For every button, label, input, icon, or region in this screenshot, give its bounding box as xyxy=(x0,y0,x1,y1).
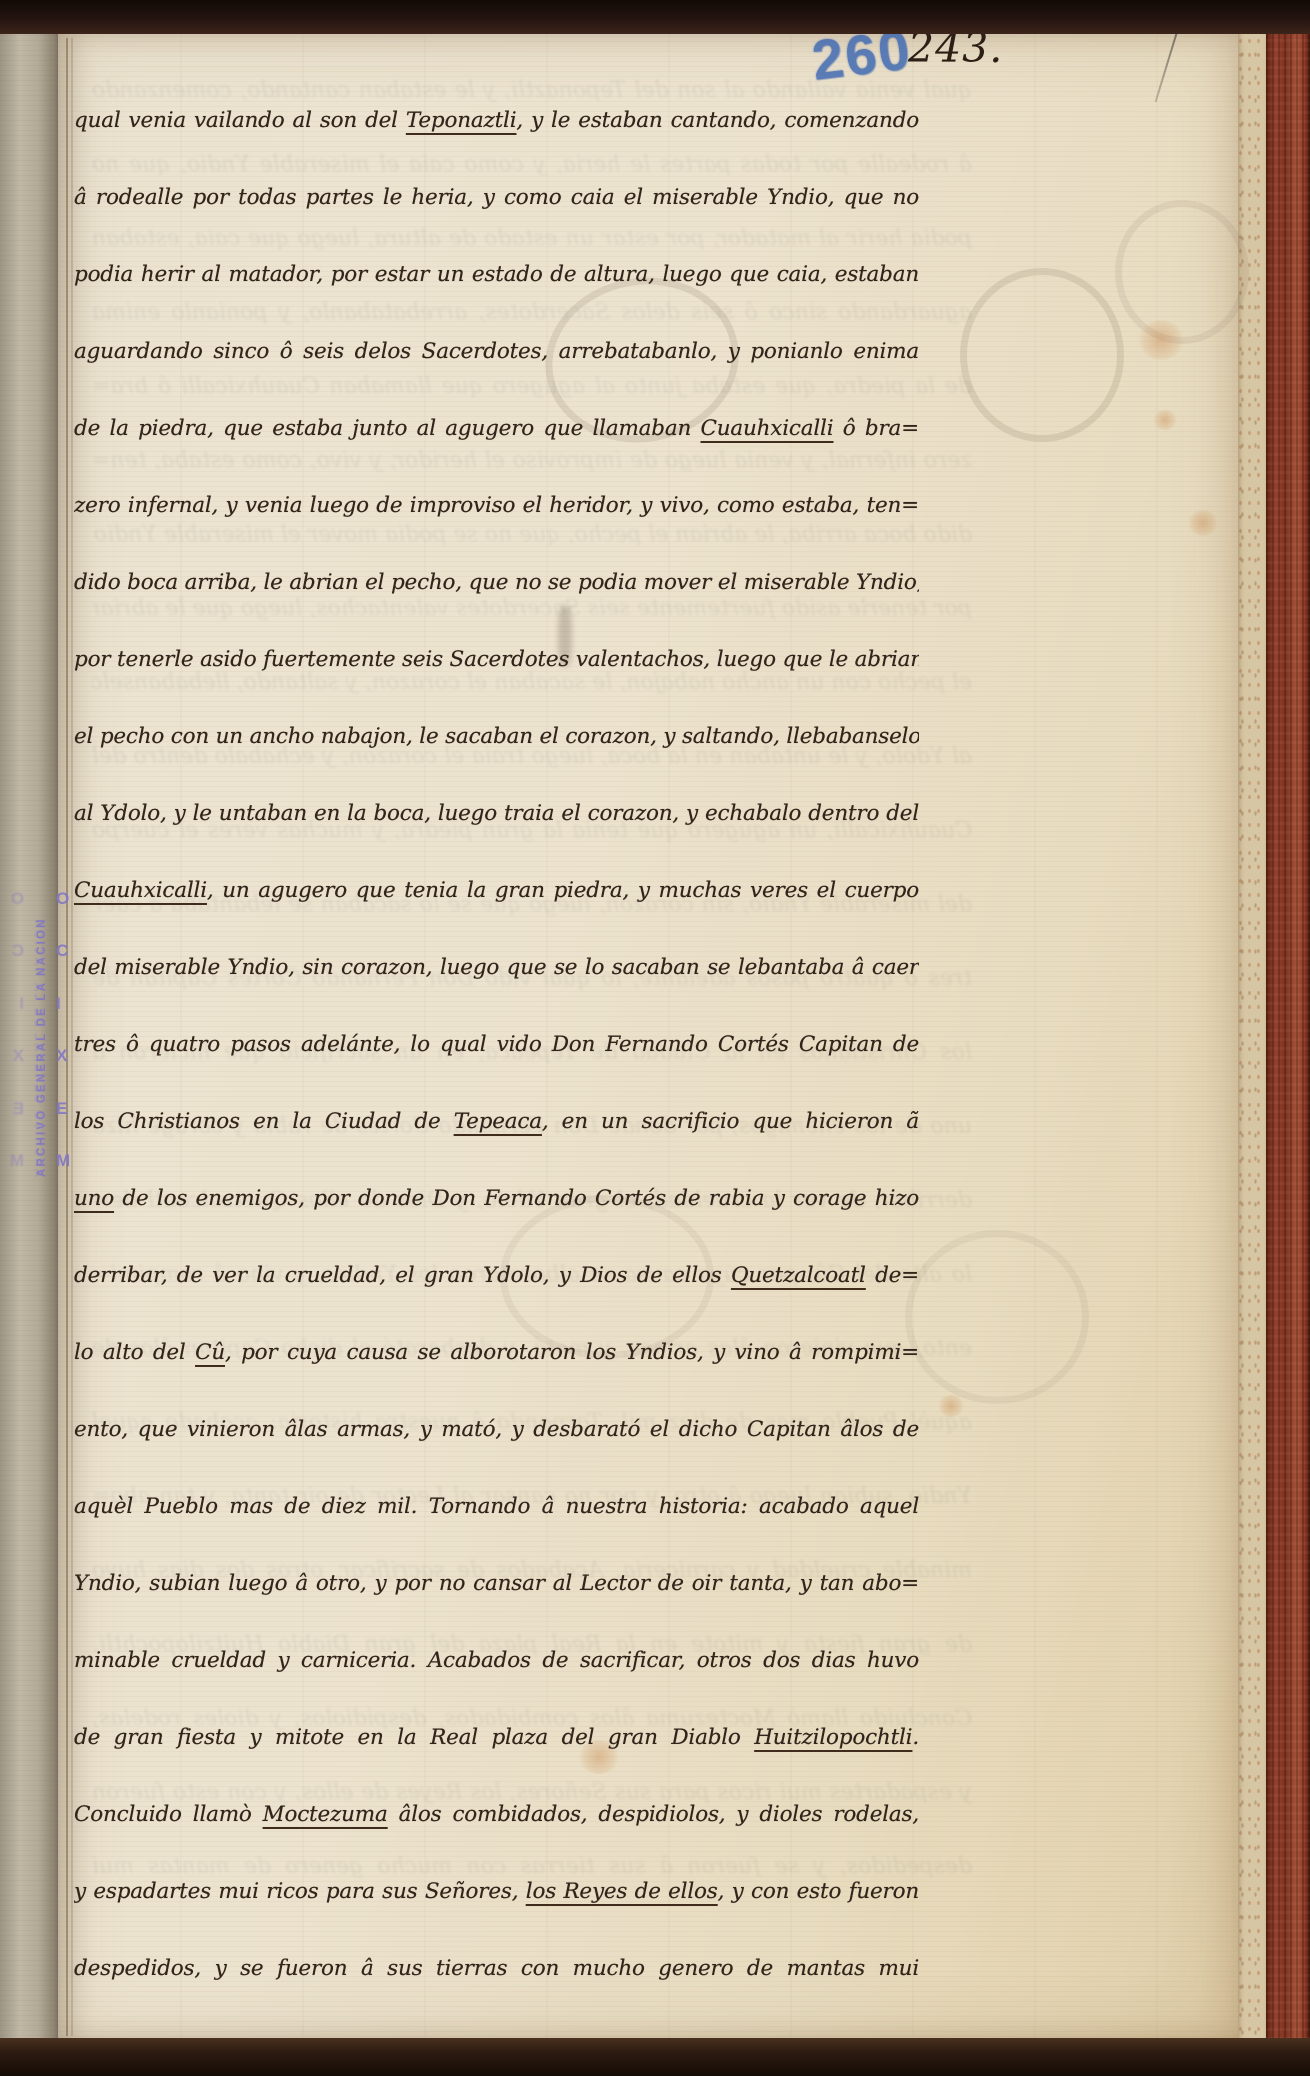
manuscript-line: tres ô quatro pasos adelánte, lo qual vi… xyxy=(74,1006,919,1083)
photo-bottom-bar xyxy=(0,2038,1310,2076)
manuscript-photo: ARCHIVO GENERAL DE LA NACION MEXICO qual… xyxy=(0,0,1310,2076)
manuscript-line: por tenerle asido fuertemente seis Sacer… xyxy=(74,621,919,698)
foxing-stain xyxy=(1153,410,1177,430)
manuscript-line: de la piedra, que estaba junto al aguger… xyxy=(74,390,919,467)
manuscript-line: Cuauhxicalli, un agugero que tenia la gr… xyxy=(74,852,919,929)
foxing-stain xyxy=(1138,320,1184,360)
manuscript-line: aguardando sinco ô seis delos Sacerdotes… xyxy=(74,313,919,390)
archive-stamp-mexico: MEXICO xyxy=(56,889,70,1171)
ink-bleed-swirl xyxy=(960,268,1124,442)
manuscript-line: y espadartes mui ricos para sus Señores,… xyxy=(74,1853,919,1930)
manuscript-line: los Christianos en la Ciudad de Tepeaca,… xyxy=(74,1083,919,1160)
manuscript-line: al Ydolo, y le untaban en la boca, luego… xyxy=(74,775,919,852)
manuscript-line: el pecho con un ancho nabajon, le sacaba… xyxy=(74,698,919,775)
page-block-edge xyxy=(1236,20,1266,2060)
archive-stamp-text: ARCHIVO GENERAL DE LA NACION xyxy=(36,917,48,1177)
manuscript-line: Yndio, subian luego â otro, y por no can… xyxy=(74,1545,919,1622)
manuscript-line: qual venia vailando al son del Teponaztl… xyxy=(74,82,919,159)
ink-bleed-swirl xyxy=(905,1230,1089,1404)
manuscript-line: dido boca arriba, le abrian el pecho, qu… xyxy=(74,544,919,621)
manuscript-line: despedidos, y se fueron â sus tierras co… xyxy=(74,1930,919,2007)
foxing-stain xyxy=(938,1395,964,1417)
manuscript-line: podia herir al matador, por estar un est… xyxy=(74,236,919,313)
manuscript-line: lo alto del Cû, por cuya causa se alboro… xyxy=(74,1314,919,1391)
manuscript-line: uno de los enemigos, por donde Don Ferna… xyxy=(74,1160,919,1237)
ink-bleed-swirl xyxy=(1115,200,1249,344)
manuscript-page: qual venia vailando al son del Teponaztl… xyxy=(58,30,1238,2042)
manuscript-line: ento, que vinieron âlas armas, y mató, y… xyxy=(74,1391,919,1468)
archive-stamp: ARCHIVO GENERAL DE LA NACION MEXICO xyxy=(34,885,78,1177)
archive-stamp-ghost-mexico: MEXICO xyxy=(10,889,24,1171)
book-cover-edge xyxy=(1266,0,1310,2076)
manuscript-line: zero infernal, y venia luego de improvis… xyxy=(74,467,919,544)
manuscript-line: de gran fiesta y mitote en la Real plaza… xyxy=(74,1699,919,1776)
photo-top-bar xyxy=(0,0,1310,34)
manuscript-line: â rodealle por todas partes le heria, y … xyxy=(74,159,919,236)
manuscript-line: Concluido llamò Moctezuma âlos combidado… xyxy=(74,1776,919,1853)
manuscript-line: minable crueldad y carniceria. Acabados … xyxy=(74,1622,919,1699)
foxing-stain xyxy=(1188,510,1218,536)
manuscript-line: aquèl Pueblo mas de diez mil. Tornando â… xyxy=(74,1468,919,1545)
manuscript-line: derribar, de ver la crueldad, el gran Yd… xyxy=(74,1237,919,1314)
manuscript-text: qual venia vailando al son del Teponaztl… xyxy=(74,82,919,2007)
manuscript-line: del miserable Yndio, sin corazon, luego … xyxy=(74,929,919,1006)
